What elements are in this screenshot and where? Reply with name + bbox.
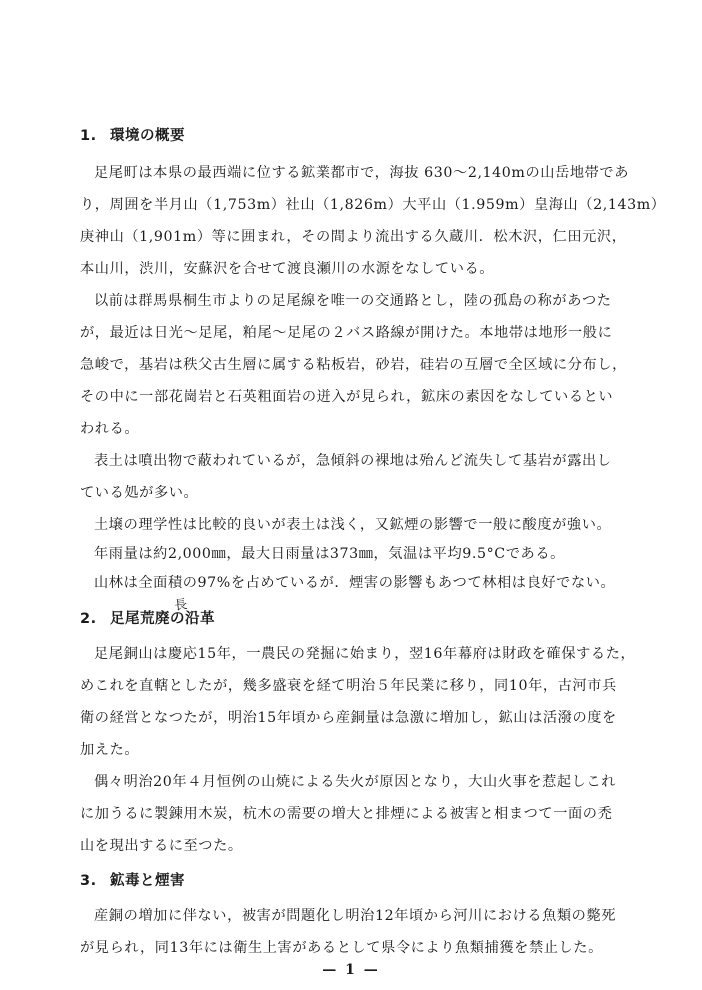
section-number: 1.	[80, 128, 110, 144]
paragraph-line: 以前は群馬県桐生市よりの足尾線を唯一の交通路とし，陸の孤島の称があつた	[94, 290, 612, 310]
section-number: 2.	[80, 611, 110, 627]
paragraph-line: 山林は全面積の97%を占めているが．煙害の影響もあつて林相は良好でない。	[94, 572, 615, 592]
paragraph-line: 庚神山（1,901m）等に囲まれ，その間より流出する久蔵川．松木沢，仁田元沢，	[80, 226, 627, 246]
section-title: 足尾荒廃の沿革	[110, 611, 215, 627]
section-number: 3.	[80, 873, 110, 889]
paragraph-line: その中に一部花崗岩と石英粗面岩の迸入が見られ，鉱床の素因をなしているとい	[80, 386, 613, 406]
paragraph-line: われる。	[80, 418, 139, 438]
paragraph-line: 土壌の理学性は比較的良いが表土は浅く，又鉱煙の影響で一般に酸度が強い。	[94, 514, 611, 534]
handwritten-annotation: 長	[173, 593, 189, 614]
paragraph-line: 足尾銅山は慶応15年，一農民の発掘に始まり，翌16年幕府は財政を確保するた，	[94, 643, 635, 663]
paragraph-line: 年雨量は約2,000㎜，最大日雨量は373㎜，気温は平均9.5°Cである。	[94, 543, 565, 563]
paragraph-line: ている処が多い。	[80, 482, 198, 502]
paragraph-line: が，最近は日光〜足尾，粕尾〜足尾の２バス路線が開けた。本地帯は地形一般に	[80, 322, 612, 342]
document-page: 1.環境の概要 足尾町は本県の最西端に位する鉱業都市で，海抜 630〜2,140…	[0, 0, 702, 990]
paragraph-line: 偶々明治20年４月恒例の山焼による失火が原因となり，大山火事を惹起しこれ	[94, 771, 616, 791]
page-number: — 1 —	[0, 962, 702, 978]
section-heading-2: 2.足尾荒廃の沿革	[80, 607, 215, 628]
paragraph-line: に加うるに製錬用木炭，杭木の需要の増大と排煙による被害と相まつて一面の禿	[80, 803, 612, 823]
paragraph-line: 足尾町は本県の最西端に位する鉱業都市で，海抜 630〜2,140mの山岳地帯であ	[94, 162, 629, 182]
section-title: 鉱毒と煙害	[110, 873, 185, 889]
paragraph-line: めこれを直轄としたが，幾多盛衰を経て明治５年民業に移り，同10年，古河市兵	[80, 675, 617, 695]
section-heading-1: 1.環境の概要	[80, 124, 185, 145]
section-heading-3: 3.鉱毒と煙害	[80, 869, 185, 890]
paragraph-line: 衛の経営となつたが，明治15年頃から産銅量は急激に増加し，鉱山は活潑の度を	[80, 707, 617, 727]
paragraph-line: 加えた。	[80, 739, 139, 759]
paragraph-line: 山を現出するに至つた。	[80, 835, 243, 855]
paragraph-line: 表土は噴出物で蔽われているが，急傾斜の裸地は殆んど流失して基岩が露出し	[94, 450, 612, 470]
paragraph-line: が見られ，同13年には衛生上害があるとして県令により魚類捕獲を禁止した。	[80, 937, 603, 957]
section-title: 環境の概要	[110, 128, 185, 144]
paragraph-line: り，周囲を半月山（1,753m）社山（1,826m）大平山（1.959m）皇海山…	[80, 194, 666, 214]
paragraph-line: 急峻で，基岩は秩父古生層に属する粘板岩，砂岩，硅岩の互層で全区域に分布し，	[80, 354, 627, 374]
paragraph-line: 本山川，渋川，安蘇沢を合せて渡良瀬川の水源をなしている。	[80, 258, 494, 278]
paragraph-line: 産銅の増加に伴ない，被害が問題化し明治12年頃から河川における魚類の斃死	[94, 905, 616, 925]
